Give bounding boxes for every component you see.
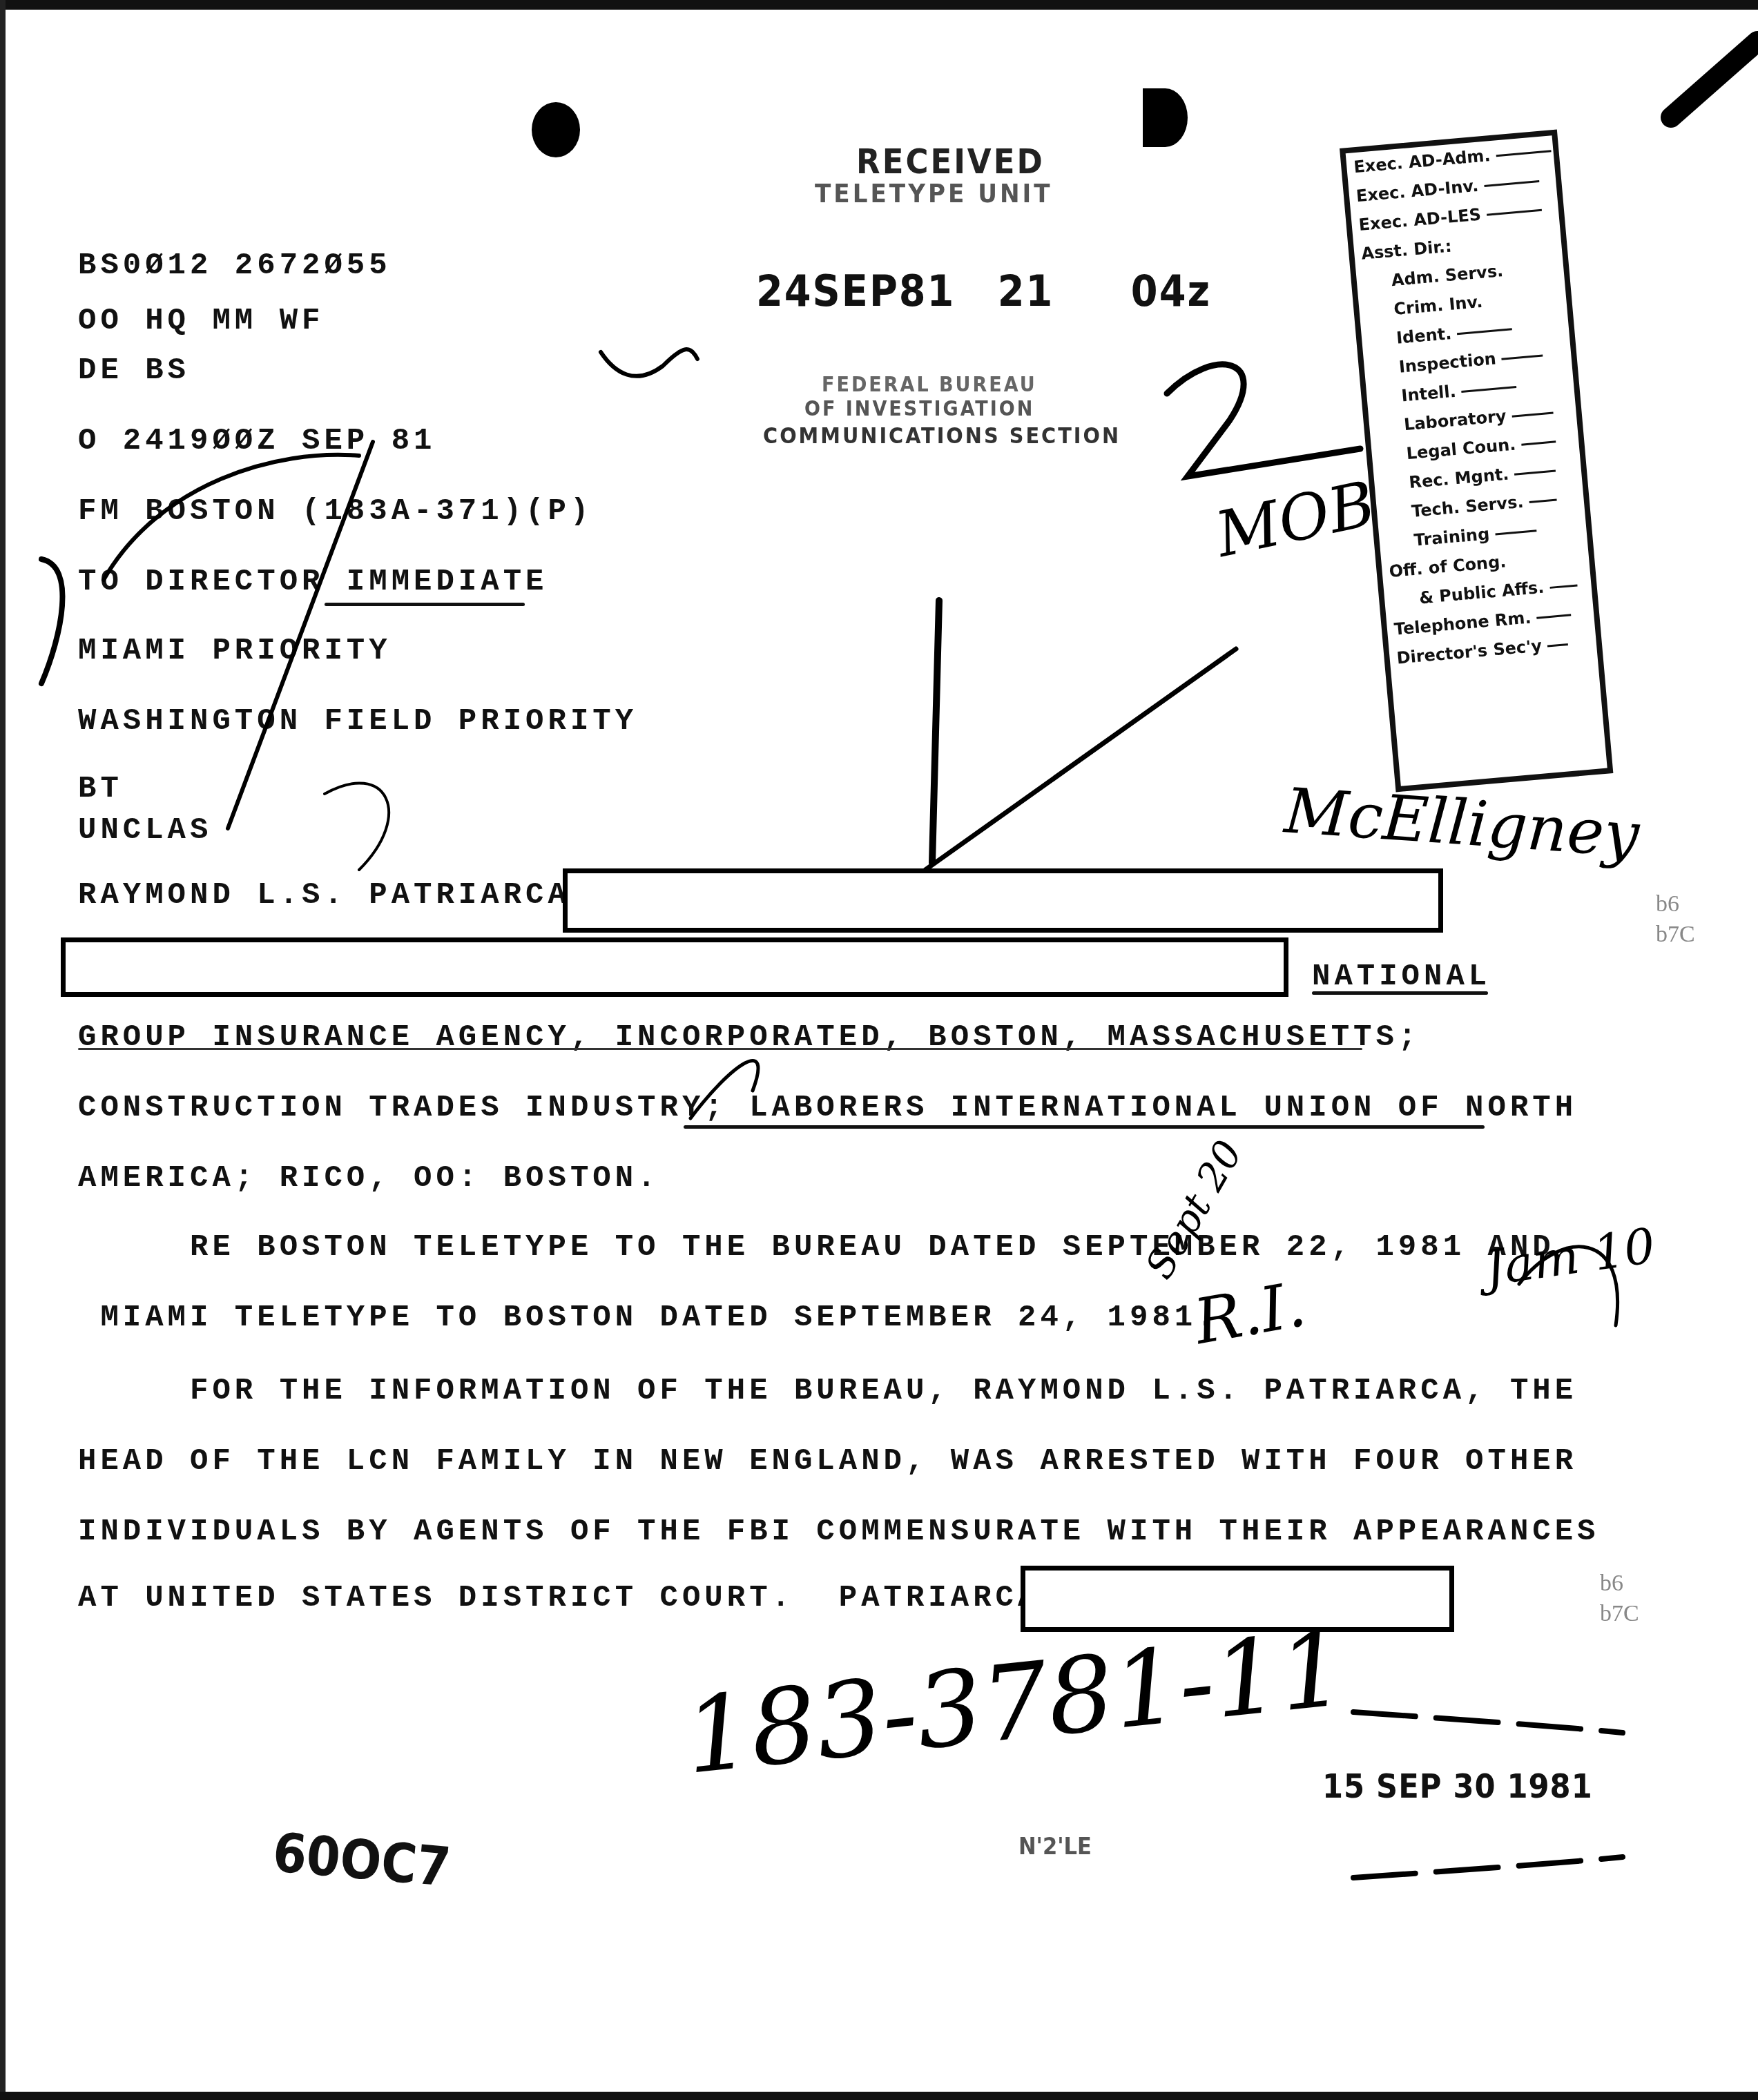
from-arc bbox=[104, 455, 359, 580]
file-underline bbox=[1353, 1712, 1623, 1733]
bracket-mark bbox=[41, 559, 62, 683]
circle-1 bbox=[325, 783, 389, 870]
teletype-page: BS0Ø12 2672Ø55 OO HQ MM WF DE BS O 2419Ø… bbox=[0, 0, 1758, 2100]
slash-mark bbox=[228, 442, 373, 828]
diagonal-sign-stroke bbox=[925, 649, 1236, 870]
corner-mark bbox=[1671, 41, 1757, 117]
vertical-sign-stroke bbox=[932, 601, 939, 863]
squiggle bbox=[601, 349, 697, 376]
circle-2 bbox=[690, 1060, 758, 1118]
number-2-mark bbox=[1167, 364, 1360, 476]
pen-strokes bbox=[0, 0, 1758, 2100]
circled-note-ring bbox=[1519, 1247, 1618, 1325]
file-underline-2 bbox=[1353, 1857, 1623, 1878]
